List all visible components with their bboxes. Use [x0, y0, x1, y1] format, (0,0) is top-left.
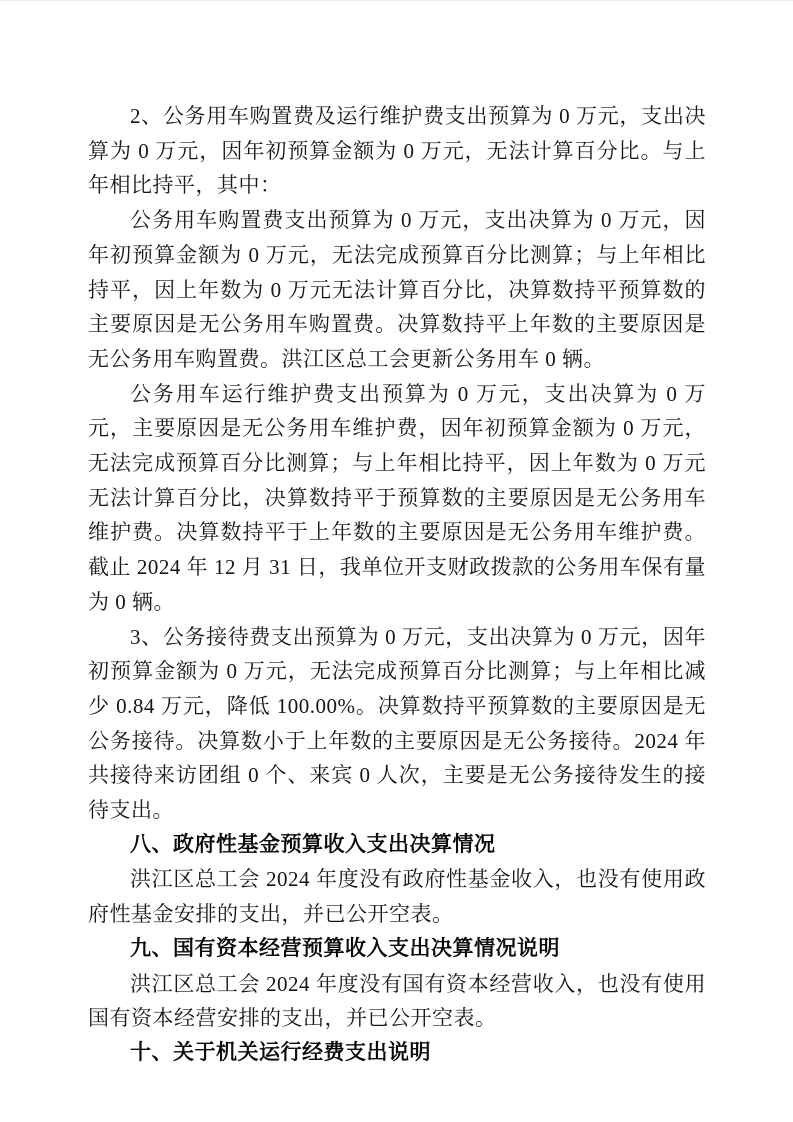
paragraph-vehicle-total: 2、公务用车购置费及运行维护费支出预算为 0 万元，支出决算为 0 万元，因年初… — [88, 99, 706, 203]
page-top-edge — [0, 0, 793, 1]
paragraph-official-reception: 3、公务接待费支出预算为 0 万元，支出决算为 0 万元，因年初预算金额为 0 … — [88, 620, 706, 828]
paragraph-vehicle-purchase: 公务用车购置费支出预算为 0 万元，支出决算为 0 万元，因年初预算金额为 0 … — [88, 203, 706, 377]
paragraph-vehicle-maintenance: 公务用车运行维护费支出预算为 0 万元，支出决算为 0 万元，主要原因是无公务用… — [88, 377, 706, 620]
section-heading-operating-expenses: 十、关于机关运行经费支出说明 — [88, 1036, 706, 1071]
paragraph-state-capital: 洪江区总工会 2024 年度没有国有资本经营收入，也没有使用国有资本经营安排的支… — [88, 967, 706, 1036]
section-heading-state-capital: 九、国有资本经营预算收入支出决算情况说明 — [88, 932, 706, 967]
section-heading-government-funds: 八、政府性基金预算收入支出决算情况 — [88, 828, 706, 863]
document-content: 2、公务用车购置费及运行维护费支出预算为 0 万元，支出决算为 0 万元，因年初… — [88, 99, 706, 1071]
document-page: 2、公务用车购置费及运行维护费支出预算为 0 万元，支出决算为 0 万元，因年初… — [0, 0, 793, 1122]
paragraph-government-funds: 洪江区总工会 2024 年度没有政府性基金收入，也没有使用政府性基金安排的支出，… — [88, 862, 706, 931]
